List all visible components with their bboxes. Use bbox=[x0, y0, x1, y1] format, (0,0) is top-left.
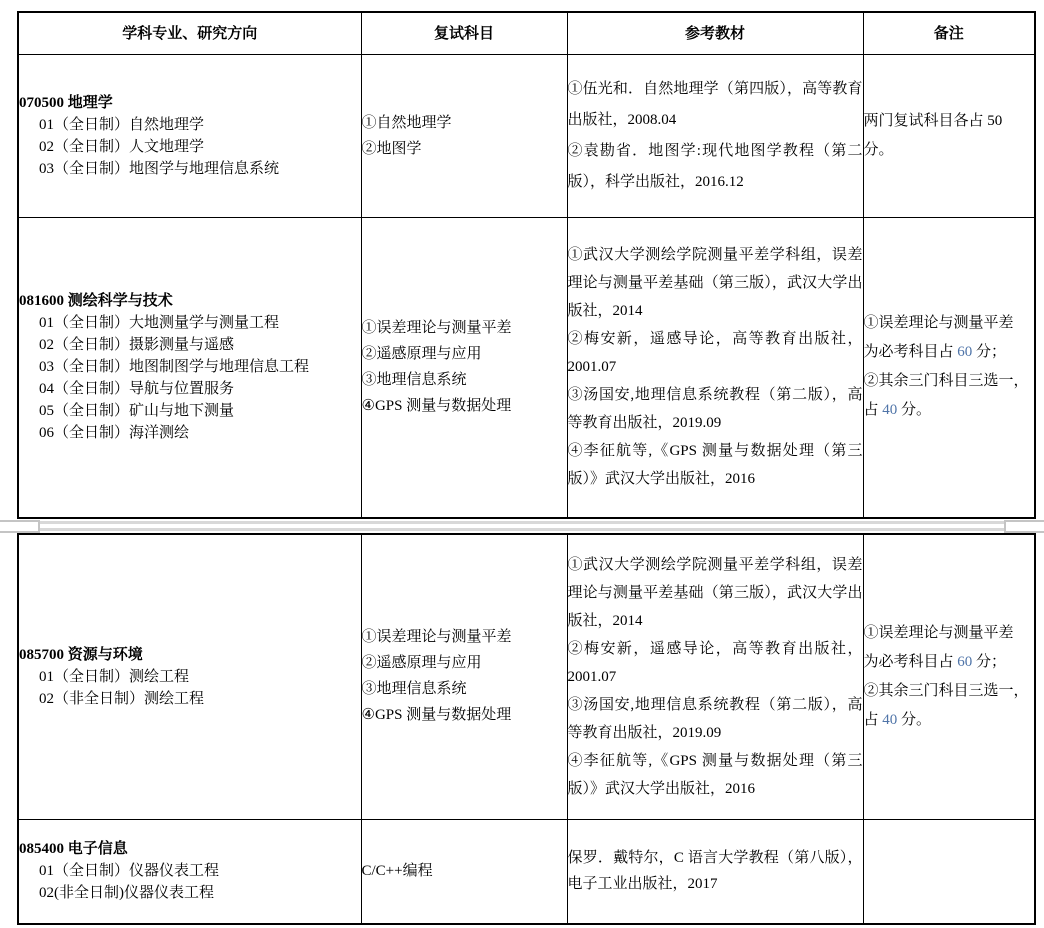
remark-line: ①误差理论与测量平差 bbox=[864, 619, 1035, 648]
direction-item: 01（全日制）大地测量学与测量工程 bbox=[19, 312, 361, 334]
remark-line: 占 40 分。 bbox=[864, 706, 1035, 735]
remark-line: 分。 bbox=[864, 136, 1035, 165]
subject-item: ①自然地理学 bbox=[362, 113, 567, 134]
reference-item: ②袁勘省．地图学:现代地图学教程（第二版），科学出版社，2016.12 bbox=[568, 136, 863, 198]
direction-item: 06（全日制）海洋测绘 bbox=[19, 422, 361, 444]
remark-cell: ①误差理论与测量平差为必考科目占 60 分；②其余三门科目三选一，占 40 分。 bbox=[863, 534, 1035, 820]
references-cell: ①伍光和．自然地理学（第四版），高等教育出版社，2008.04②袁勘省．地图学:… bbox=[567, 55, 863, 218]
direction-list: 01（全日制）测绘工程02（非全日制）测绘工程 bbox=[19, 666, 361, 710]
references-cell: ①武汉大学测绘学院测量平差学科组，误差理论与测量平差基础（第三版），武汉大学出版… bbox=[567, 534, 863, 820]
reference-item: ④李征航等,《GPS 测量与数据处理（第三版）》武汉大学出版社，2016 bbox=[568, 437, 863, 493]
col-header-reference-books: 参考教材 bbox=[567, 12, 863, 55]
reference-item: ①武汉大学测绘学院测量平差学科组，误差理论与测量平差基础（第三版），武汉大学出版… bbox=[568, 241, 863, 325]
major-code-title: 085400 电子信息 bbox=[19, 838, 361, 860]
subjects-cell: ①自然地理学②地图学 bbox=[361, 55, 567, 218]
remark-line: ②其余三门科目三选一， bbox=[864, 367, 1035, 396]
direction-list: 01（全日制）仪器仪表工程02(非全日制)仪器仪表工程 bbox=[19, 860, 361, 904]
page-break-notch-left bbox=[0, 520, 40, 533]
reference-item: ②梅安新，遥感导论，高等教育出版社，2001.07 bbox=[568, 635, 863, 691]
subject-item: ②遥感原理与应用 bbox=[362, 344, 567, 365]
references-cell: 保罗．戴特尔，C 语言大学教程（第八版），电子工业出版社，2017 bbox=[567, 820, 863, 924]
major-cell: 081600 测绘科学与技术 01（全日制）大地测量学与测量工程02（全日制）摄… bbox=[18, 218, 361, 518]
major-cell: 085400 电子信息 01（全日制）仪器仪表工程02(非全日制)仪器仪表工程 bbox=[18, 820, 361, 924]
subjects-cell: C/C++编程 bbox=[361, 820, 567, 924]
subject-item: ④GPS 测量与数据处理 bbox=[362, 705, 567, 726]
reference-list: ①伍光和．自然地理学（第四版），高等教育出版社，2008.04②袁勘省．地图学:… bbox=[568, 74, 863, 198]
subject-list: ①自然地理学②地图学 bbox=[362, 113, 567, 160]
reference-item: ③汤国安,地理信息系统教程（第二版），高等教育出版社，2019.09 bbox=[568, 691, 863, 747]
row-070500-geography: 070500 地理学 01（全日制）自然地理学02（全日制）人文地理学03（全日… bbox=[18, 55, 1035, 218]
col-header-major-direction: 学科专业、研究方向 bbox=[18, 12, 361, 55]
direction-list: 01（全日制）大地测量学与测量工程02（全日制）摄影测量与遥感03（全日制）地图… bbox=[19, 312, 361, 444]
major-cell: 085700 资源与环境 01（全日制）测绘工程02（非全日制）测绘工程 bbox=[18, 534, 361, 820]
remark-lines: ①误差理论与测量平差为必考科目占 60 分；②其余三门科目三选一，占 40 分。 bbox=[864, 619, 1035, 735]
subject-item: ②遥感原理与应用 bbox=[362, 653, 567, 674]
subject-item: C/C++编程 bbox=[362, 861, 567, 882]
table-page-1: 学科专业、研究方向 复试科目 参考教材 备注 070500 地理学 01（全日制… bbox=[17, 11, 1036, 519]
direction-item: 02（全日制）人文地理学 bbox=[19, 136, 361, 158]
remark-lines: ①误差理论与测量平差为必考科目占 60 分；②其余三门科目三选一，占 40 分。 bbox=[864, 309, 1035, 425]
remark-line: ①误差理论与测量平差 bbox=[864, 309, 1035, 338]
admissions-subject-table: 学科专业、研究方向 复试科目 参考教材 备注 070500 地理学 01（全日制… bbox=[17, 11, 1034, 925]
reference-item: ①武汉大学测绘学院测量平差学科组，误差理论与测量平差基础（第三版），武汉大学出版… bbox=[568, 551, 863, 635]
remark-cell: 两门复试科目各占 50分。 bbox=[863, 55, 1035, 218]
direction-list: 01（全日制）自然地理学02（全日制）人文地理学03（全日制）地图学与地理信息系… bbox=[19, 114, 361, 180]
direction-item: 05（全日制）矿山与地下测量 bbox=[19, 400, 361, 422]
direction-item: 01（全日制）测绘工程 bbox=[19, 666, 361, 688]
document-page: 学科专业、研究方向 复试科目 参考教材 备注 070500 地理学 01（全日制… bbox=[0, 0, 1044, 928]
row-085400-electronic-information: 085400 电子信息 01（全日制）仪器仪表工程02(非全日制)仪器仪表工程 … bbox=[18, 820, 1035, 924]
subject-list: C/C++编程 bbox=[362, 861, 567, 882]
remark-line: 两门复试科目各占 50 bbox=[864, 107, 1035, 136]
direction-item: 04（全日制）导航与位置服务 bbox=[19, 378, 361, 400]
remark-lines: 两门复试科目各占 50分。 bbox=[864, 107, 1035, 165]
subject-item: ④GPS 测量与数据处理 bbox=[362, 396, 567, 417]
direction-item: 01（全日制）自然地理学 bbox=[19, 114, 361, 136]
remark-line: 为必考科目占 60 分； bbox=[864, 338, 1035, 367]
subjects-cell: ①误差理论与测量平差②遥感原理与应用③地理信息系统④GPS 测量与数据处理 bbox=[361, 534, 567, 820]
subjects-cell: ①误差理论与测量平差②遥感原理与应用③地理信息系统④GPS 测量与数据处理 bbox=[361, 218, 567, 518]
row-081600-surveying-mapping: 081600 测绘科学与技术 01（全日制）大地测量学与测量工程02（全日制）摄… bbox=[18, 218, 1035, 518]
direction-item: 01（全日制）仪器仪表工程 bbox=[19, 860, 361, 882]
reference-item: ①伍光和．自然地理学（第四版），高等教育出版社，2008.04 bbox=[568, 74, 863, 136]
col-header-reexam-subjects: 复试科目 bbox=[361, 12, 567, 55]
remark-line: ②其余三门科目三选一， bbox=[864, 677, 1035, 706]
subject-list: ①误差理论与测量平差②遥感原理与应用③地理信息系统④GPS 测量与数据处理 bbox=[362, 318, 567, 417]
major-cell: 070500 地理学 01（全日制）自然地理学02（全日制）人文地理学03（全日… bbox=[18, 55, 361, 218]
subject-item: ①误差理论与测量平差 bbox=[362, 318, 567, 339]
reference-item: ④李征航等,《GPS 测量与数据处理（第三版）》武汉大学出版社，2016 bbox=[568, 747, 863, 803]
remark-line: 为必考科目占 60 分； bbox=[864, 648, 1035, 677]
references-cell: ①武汉大学测绘学院测量平差学科组，误差理论与测量平差基础（第三版），武汉大学出版… bbox=[567, 218, 863, 518]
table-header-row: 学科专业、研究方向 复试科目 参考教材 备注 bbox=[18, 12, 1035, 55]
direction-item: 03（全日制）地图学与地理信息系统 bbox=[19, 158, 361, 180]
subject-item: ③地理信息系统 bbox=[362, 679, 567, 700]
score-number: 40 bbox=[882, 712, 897, 728]
reference-item: ②梅安新，遥感导论，高等教育出版社，2001.07 bbox=[568, 325, 863, 381]
page-break-line bbox=[0, 528, 1044, 531]
score-number: 60 bbox=[957, 654, 972, 670]
reference-list: ①武汉大学测绘学院测量平差学科组，误差理论与测量平差基础（第三版），武汉大学出版… bbox=[568, 241, 863, 493]
col-header-remarks: 备注 bbox=[863, 12, 1035, 55]
major-code-title: 085700 资源与环境 bbox=[19, 644, 361, 666]
page-break-separator bbox=[0, 519, 1044, 533]
direction-item: 02(非全日制)仪器仪表工程 bbox=[19, 882, 361, 904]
reference-list: ①武汉大学测绘学院测量平差学科组，误差理论与测量平差基础（第三版），武汉大学出版… bbox=[568, 551, 863, 803]
reference-item: 保罗．戴特尔，C 语言大学教程（第八版），电子工业出版社，2017 bbox=[568, 845, 863, 897]
remark-cell: ①误差理论与测量平差为必考科目占 60 分；②其余三门科目三选一，占 40 分。 bbox=[863, 218, 1035, 518]
score-number: 60 bbox=[957, 344, 972, 360]
direction-item: 02（非全日制）测绘工程 bbox=[19, 688, 361, 710]
row-085700-resources-environment: 085700 资源与环境 01（全日制）测绘工程02（非全日制）测绘工程 ①误差… bbox=[18, 534, 1035, 820]
major-code-title: 081600 测绘科学与技术 bbox=[19, 290, 361, 312]
remark-cell bbox=[863, 820, 1035, 924]
subject-item: ②地图学 bbox=[362, 139, 567, 160]
subject-item: ①误差理论与测量平差 bbox=[362, 627, 567, 648]
subject-item: ③地理信息系统 bbox=[362, 370, 567, 391]
reference-item: ③汤国安,地理信息系统教程（第二版），高等教育出版社，2019.09 bbox=[568, 381, 863, 437]
score-number: 40 bbox=[882, 402, 897, 418]
major-code-title: 070500 地理学 bbox=[19, 92, 361, 114]
subject-list: ①误差理论与测量平差②遥感原理与应用③地理信息系统④GPS 测量与数据处理 bbox=[362, 627, 567, 726]
page-break-line bbox=[0, 521, 1044, 524]
direction-item: 02（全日制）摄影测量与遥感 bbox=[19, 334, 361, 356]
reference-list: 保罗．戴特尔，C 语言大学教程（第八版），电子工业出版社，2017 bbox=[568, 845, 863, 897]
remark-line: 占 40 分。 bbox=[864, 396, 1035, 425]
table-page-2: 085700 资源与环境 01（全日制）测绘工程02（非全日制）测绘工程 ①误差… bbox=[17, 533, 1036, 925]
direction-item: 03（全日制）地图制图学与地理信息工程 bbox=[19, 356, 361, 378]
page-break-notch-right bbox=[1004, 520, 1044, 533]
